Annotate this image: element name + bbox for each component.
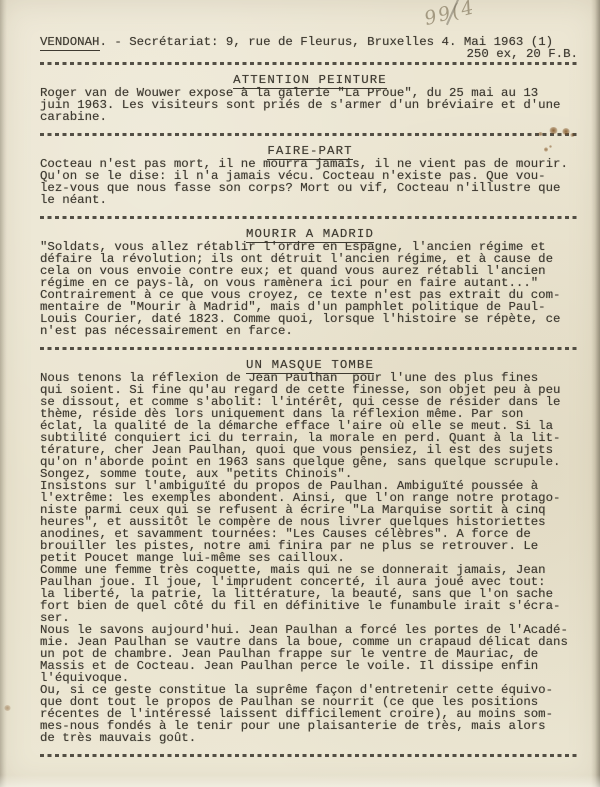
dashed-separator xyxy=(40,754,580,757)
dashed-separator xyxy=(40,216,580,219)
pencil-stroke xyxy=(446,0,460,25)
text-line: n'est pas nécessairement en farce. xyxy=(40,325,580,337)
dashed-separator xyxy=(40,62,580,65)
scan-edge-bottom xyxy=(0,775,600,787)
text-line: de très mauvais goût. xyxy=(40,732,580,744)
handwritten-annotation: 99(4 xyxy=(422,0,477,30)
typewritten-content: VENDONAH. - Secrétariat: 9, rue de Fleur… xyxy=(40,36,580,757)
text-line: carabine. xyxy=(40,111,580,123)
text-line: le néant. xyxy=(40,194,580,206)
masthead-title: VENDONAH xyxy=(40,35,100,51)
text-line: lez-vous que nous fasse son corps? Mort … xyxy=(40,182,580,194)
section-attention-peinture: ATTENTION PEINTURERoger van de Wouwer ex… xyxy=(40,74,580,136)
sections-container: ATTENTION PEINTURERoger van de Wouwer ex… xyxy=(40,74,580,757)
edition-line: 250 ex, 20 F.B. xyxy=(40,48,580,60)
dashed-separator xyxy=(40,347,580,350)
ink-stain xyxy=(4,705,11,711)
scan-edge-right xyxy=(591,0,600,787)
section-faire-part: FAIRE-PARTCocteau n'est pas mort, il ne … xyxy=(40,145,580,219)
section-un-masque-tombe: UN MASQUE TOMBENous tenons la réflexion … xyxy=(40,359,580,757)
dashed-separator xyxy=(40,133,580,136)
text-line: juin 1963. Les visiteurs sont priés de s… xyxy=(40,99,580,111)
scan-edge-left xyxy=(0,0,7,787)
section-mourir-a-madrid: MOURIR A MADRID"Soldats, vous allez réta… xyxy=(40,228,580,350)
scanned-document-page: 99(4 VENDONAH. - Secrétariat: 9, rue de … xyxy=(0,0,600,787)
text-line: fort bien de quel côté du fil en définit… xyxy=(40,600,580,612)
